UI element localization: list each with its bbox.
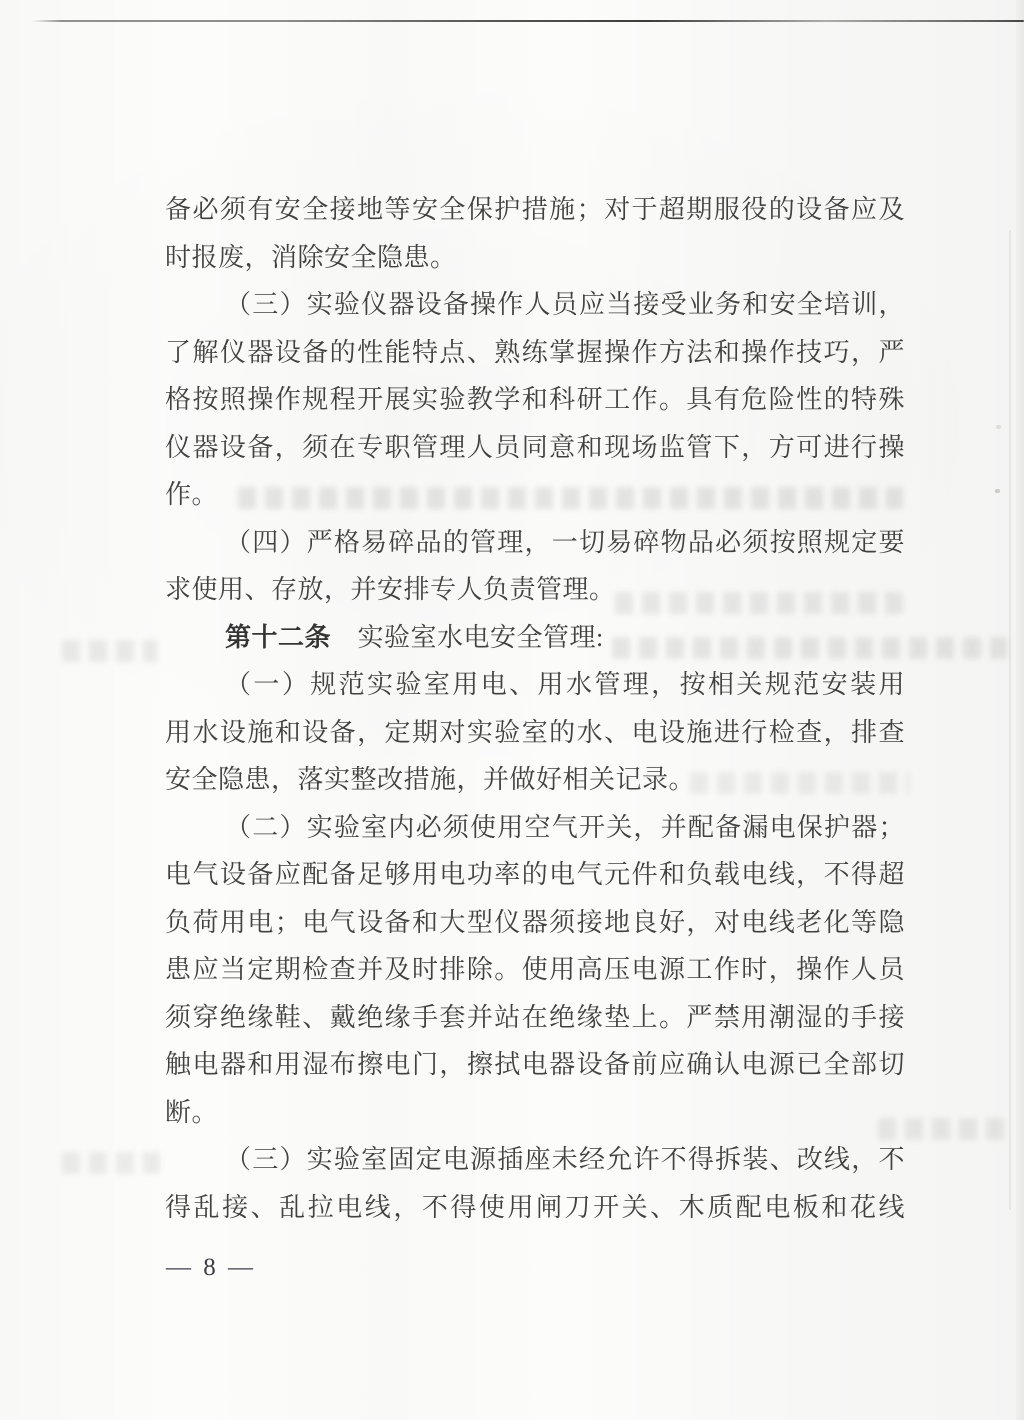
body-line: 负荷用电；电气设备和大型仪器须接地良好，对电线老化等隐 — [165, 899, 905, 947]
scan-speck — [995, 489, 1000, 493]
body-line: 患应当定期检查并及时排除。使用高压电源工作时，操作人员 — [165, 946, 905, 994]
body-line: 仪器设备，须在专职管理人员同意和现场监管下，方可进行操 — [165, 424, 905, 472]
body-line: （一）规范实验室用电、用水管理，按相关规范安装用电、 — [165, 661, 905, 709]
body-line: 电气设备应配备足够用电功率的电气元件和负载电线，不得超 — [165, 851, 905, 899]
body-line: 须穿绝缘鞋、戴绝缘手套并站在绝缘垫上。严禁用潮湿的手接 — [165, 994, 905, 1042]
article-title: 实验室水电安全管理: — [331, 623, 604, 652]
document-body: 备必须有安全接地等安全保护措施；对于超期服役的设备应及 时报废，消除安全隐患。 … — [165, 186, 905, 1231]
body-line: （二）实验室内必须使用空气开关，并配备漏电保护器； — [165, 804, 905, 852]
body-line: （三）实验室固定电源插座未经允许不得拆装、改线，不 — [165, 1136, 905, 1184]
scanned-document-page: { "document": { "page_number": "— 8 —", … — [0, 0, 1024, 1420]
bleed-through-artifact — [62, 640, 157, 662]
body-line: 得乱接、乱拉电线，不得使用闸刀开关、木质配电板和花线等。 — [165, 1184, 905, 1232]
body-line: 备必须有安全接地等安全保护措施；对于超期服役的设备应及 — [165, 186, 905, 234]
article-heading-line: 第十二条 实验室水电安全管理: — [165, 614, 905, 662]
page-number: — 8 — — [166, 1254, 256, 1282]
body-line: 用水设施和设备，定期对实验室的水、电设施进行检查，排查 — [165, 709, 905, 757]
body-line: 格按照操作规程开展实验教学和科研工作。具有危险性的特殊 — [165, 376, 905, 424]
body-line: 求使用、存放，并安排专人负责管理。 — [165, 566, 905, 614]
scan-edge-line — [32, 20, 1024, 22]
body-line: 作。 — [165, 471, 905, 519]
scan-right-shadow — [1016, 0, 1024, 1420]
body-line: （三）实验仪器设备操作人员应当接受业务和安全培训， — [165, 281, 905, 329]
body-line: 触电器和用湿布擦电门，擦拭电器设备前应确认电源已全部切 — [165, 1041, 905, 1089]
scan-speck — [996, 425, 1001, 429]
scan-right-line-artifact — [1009, 230, 1011, 1210]
article-number: 第十二条 — [225, 623, 331, 652]
body-line: 时报废，消除安全隐患。 — [165, 234, 905, 282]
body-line: （四）严格易碎品的管理，一切易碎物品必须按照规定要 — [165, 519, 905, 567]
body-line: 了解仪器设备的性能特点、熟练掌握操作方法和操作技巧，严 — [165, 329, 905, 377]
body-line: 断。 — [165, 1089, 905, 1137]
bleed-through-artifact — [62, 1152, 160, 1174]
body-line: 安全隐患，落实整改措施，并做好相关记录。 — [165, 756, 905, 804]
